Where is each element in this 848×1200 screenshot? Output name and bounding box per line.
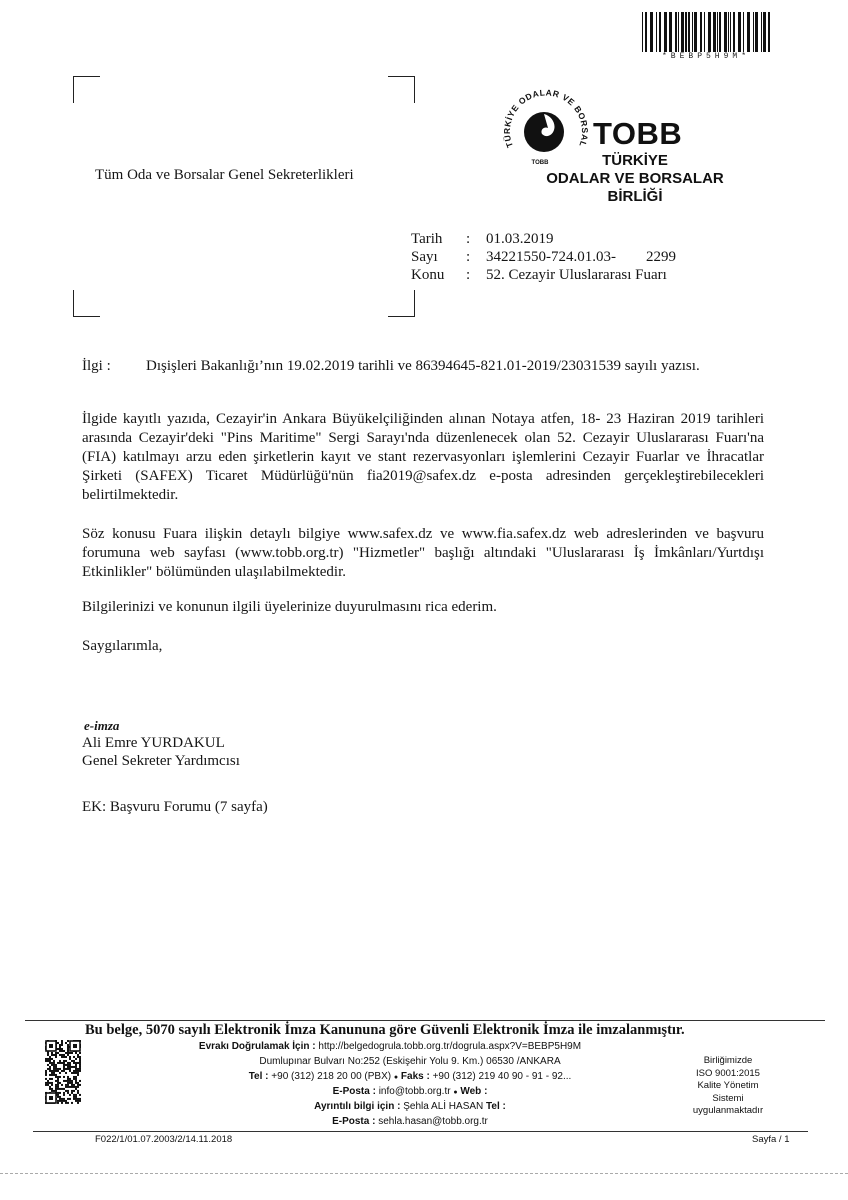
contact-line: Ayrıntılı bilgi için : Şehla ALİ HASAN T… [180, 1100, 640, 1113]
bullet-icon: ● [394, 1074, 398, 1081]
verify-url[interactable]: http://belgedogrula.tobb.org.tr/dogrula.… [318, 1041, 581, 1052]
form-code: F022/1/01.07.2003/2/14.11.2018 [95, 1134, 232, 1145]
svg-text:TOBB: TOBB [532, 160, 550, 166]
contact-email-line: E-Posta : sehla.hasan@tobb.org.tr [180, 1115, 640, 1128]
iso-line: ISO 9001:2015 [668, 1068, 788, 1081]
reference-text: Dışişleri Bakanlığı’nın 19.02.2019 tarih… [146, 357, 706, 376]
address-corner-marker [73, 76, 100, 103]
colon: : [466, 266, 486, 284]
document-meta: Tarih : 01.03.2019 Sayı : 34221550-724.0… [411, 230, 676, 284]
reference-label: İlgi : [82, 357, 111, 376]
contact-name: Şehla ALİ HASAN [403, 1101, 483, 1112]
meta-row-subject: Konu : 52. Cezayir Uluslararası Fuarı [411, 266, 676, 284]
contact-tel-label: Tel : [486, 1101, 506, 1112]
body-paragraph: İlgide kayıtlı yazıda, Cezayir'in Ankara… [82, 410, 764, 505]
meta-row-date: Tarih : 01.03.2019 [411, 230, 676, 248]
logo-line-2: ODALAR VE BORSALAR [535, 170, 735, 187]
address-corner-marker [73, 290, 100, 317]
number-value: 34221550-724.01.03- [486, 248, 616, 266]
colon: : [466, 248, 486, 266]
address-corner-marker [388, 76, 415, 103]
date-value: 01.03.2019 [486, 230, 554, 248]
bullet-icon: ● [453, 1089, 457, 1096]
contact-email-value[interactable]: sehla.hasan@tobb.org.tr [378, 1116, 488, 1127]
attachment-note: EK: Başvuru Forumu (7 sayfa) [82, 798, 268, 817]
body-paragraph: Söz konusu Fuara ilişkin detaylı bilgiye… [82, 525, 764, 582]
barcode-code: *BEBP5H9M* [640, 52, 772, 61]
signer-title: Genel Sekreter Yardımcısı [82, 752, 240, 771]
logo-line-1: TÜRKİYE [600, 152, 670, 169]
number-label: Sayı [411, 248, 466, 266]
tel-value: +90 (312) 218 20 00 (PBX) [271, 1071, 391, 1082]
address-corner-marker [388, 290, 415, 317]
address-line: Dumlupınar Bulvarı No:252 (Eskişehir Yol… [180, 1055, 640, 1068]
iso-line: Birliğimizde [668, 1055, 788, 1068]
barcode-icon [642, 12, 770, 52]
logo-line-3: BİRLİĞİ [585, 188, 685, 205]
contact-email-label: E-Posta : [332, 1116, 375, 1127]
iso-line: Kalite Yönetim [668, 1080, 788, 1093]
page-edge-line [0, 1173, 848, 1174]
subject-label: Konu [411, 266, 466, 284]
fax-label: Faks : [401, 1071, 430, 1082]
colon: : [466, 230, 486, 248]
phone-line: Tel : +90 (312) 218 20 00 (PBX) ● Faks :… [180, 1070, 640, 1084]
email-label: E-Posta : [333, 1086, 376, 1097]
email-web-line: E-Posta : info@tobb.org.tr ● Web : [180, 1085, 640, 1099]
contact-label: Ayrıntılı bilgi için : [314, 1101, 400, 1112]
iso-line: Sistemi [668, 1093, 788, 1106]
signer-name: Ali Emre YURDAKUL [82, 734, 225, 753]
email-value[interactable]: info@tobb.org.tr [379, 1086, 451, 1097]
date-label: Tarih [411, 230, 466, 248]
web-label: Web : [460, 1086, 487, 1097]
closing: Saygılarımla, [82, 637, 162, 656]
tobb-seal-logo-icon: TÜRKİYE ODALAR VE BORSALAR BİRLİĞİ TOBB [500, 86, 592, 178]
fax-value: +90 (312) 219 40 90 - 91 - 92... [433, 1071, 572, 1082]
body-paragraph: Bilgilerinizi ve konunun ilgili üyelerin… [82, 598, 764, 617]
tel-label: Tel : [249, 1071, 269, 1082]
iso-certification-note: Birliğimizde ISO 9001:2015 Kalite Yöneti… [668, 1055, 788, 1118]
logo-wordmark: TOBB [593, 116, 682, 152]
qr-code-icon [45, 1040, 81, 1104]
esign-stamp: e-imza [84, 716, 119, 735]
recipient: Tüm Oda ve Borsalar Genel Sekreterlikler… [95, 166, 354, 185]
subject-value: 52. Cezayir Uluslararası Fuarı [486, 266, 667, 284]
footer-divider [25, 1020, 825, 1021]
verify-label: Evrakı Doğrulamak İçin : [199, 1041, 316, 1052]
page-number: Sayfa / 1 [752, 1134, 790, 1145]
verify-line: Evrakı Doğrulamak İçin : http://belgedog… [160, 1040, 620, 1053]
footer-bottom-divider [33, 1131, 808, 1132]
meta-row-number: Sayı : 34221550-724.01.03- 2299 [411, 248, 676, 266]
number-suffix: 2299 [646, 248, 676, 266]
iso-line: uygulanmaktadır [668, 1105, 788, 1118]
esign-legal-notice: Bu belge, 5070 sayılı Elektronik İmza Ka… [85, 1022, 685, 1039]
